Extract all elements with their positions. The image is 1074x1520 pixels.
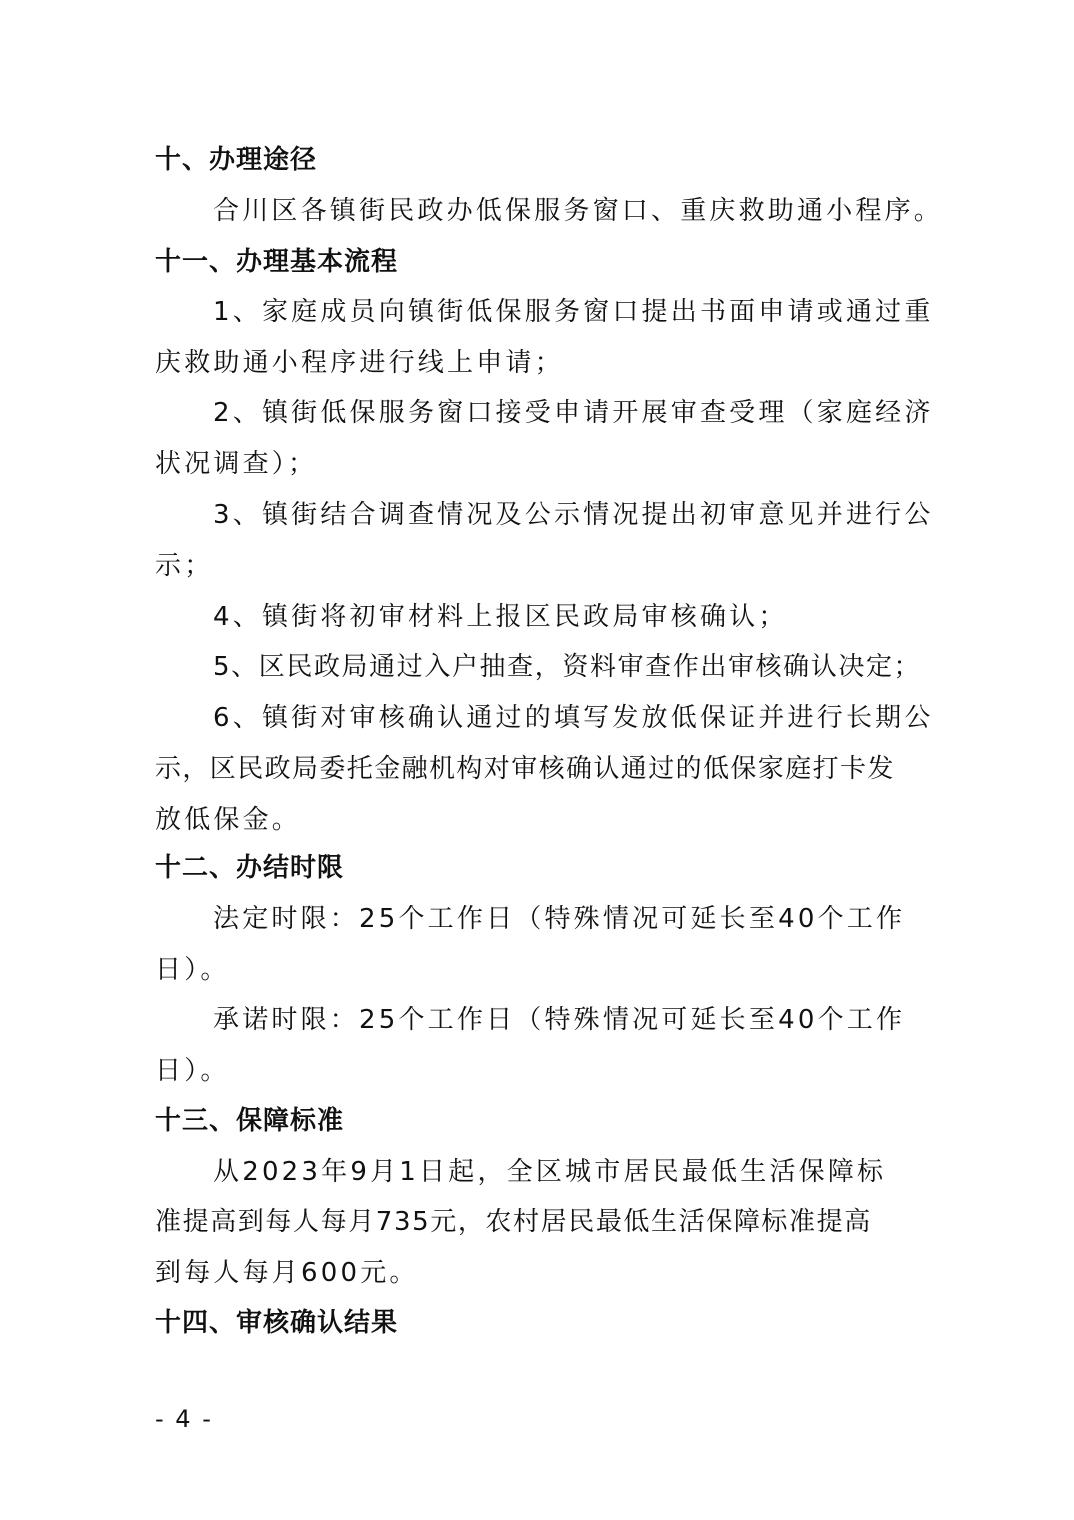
step-5-line: 5、区民政局通过入户抽查，资料审查作出审核确认决定；	[213, 650, 925, 684]
legal-time-limit: 法定时限：25个工作日（特殊情况可延长至40个工作	[213, 902, 925, 936]
page-number: - 4 -	[155, 1405, 213, 1433]
section-heading-14: 十四、审核确认结果	[155, 1306, 925, 1340]
section-heading-13: 十三、保障标准	[155, 1104, 925, 1138]
step-1-line: 1、家庭成员向镇街低保服务窗口提出书面申请或通过重	[213, 295, 925, 329]
step-2-continued: 状况调查）；	[155, 447, 925, 481]
document-page: 十、办理途径 合川区各镇街民政办低保服务窗口、重庆救助通小程序。 十一、办理基本…	[0, 0, 1074, 1520]
promised-time-limit: 承诺时限：25个工作日（特殊情况可延长至40个工作	[213, 1003, 925, 1037]
standard-continued-2: 到每人每月600元。	[155, 1256, 925, 1290]
standard-continued: 准提高到每人每月735元，农村居民最低生活保障标准提高	[155, 1205, 925, 1239]
step-3-continued: 示；	[155, 549, 925, 583]
standard-line: 从2023年9月1日起，全区城市居民最低生活保障标	[213, 1155, 925, 1189]
paragraph-line: 合川区各镇街民政办低保服务窗口、重庆救助通小程序。	[213, 194, 925, 228]
step-1-continued: 庆救助通小程序进行线上申请；	[155, 346, 925, 380]
step-6-continued-2: 放低保金。	[155, 803, 925, 837]
step-6-continued: 示，区民政局委托金融机构对审核确认通过的低保家庭打卡发	[155, 752, 925, 786]
step-3-line: 3、镇街结合调查情况及公示情况提出初审意见并进行公	[213, 498, 925, 532]
step-6-line: 6、镇街对审核确认通过的填写发放低保证并进行长期公	[213, 701, 925, 735]
section-heading-11: 十一、办理基本流程	[155, 245, 925, 279]
step-4-line: 4、镇街将初审材料上报区民政局审核确认；	[213, 600, 925, 634]
promised-time-limit-continued: 日）。	[155, 1054, 925, 1088]
legal-time-limit-continued: 日）。	[155, 953, 925, 987]
section-heading-12: 十二、办结时限	[155, 851, 925, 885]
section-heading-10: 十、办理途径	[155, 143, 925, 177]
step-2-line: 2、镇街低保服务窗口接受申请开展审查受理（家庭经济	[213, 396, 925, 430]
